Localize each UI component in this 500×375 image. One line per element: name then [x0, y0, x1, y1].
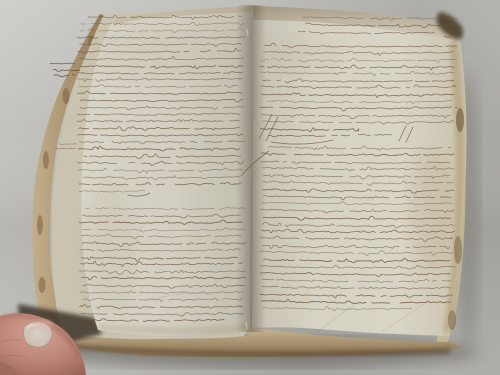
binding-stitch-2: [246, 322, 247, 329]
gutter-shadow: [236, 5, 266, 332]
manuscript-photo: 75 Open antique manuscript volume with t…: [0, 0, 500, 375]
thumb-highlight: [31, 320, 53, 329]
binding-stitch-1: [247, 29, 248, 36]
photo-canvas: 75: [0, 0, 500, 375]
